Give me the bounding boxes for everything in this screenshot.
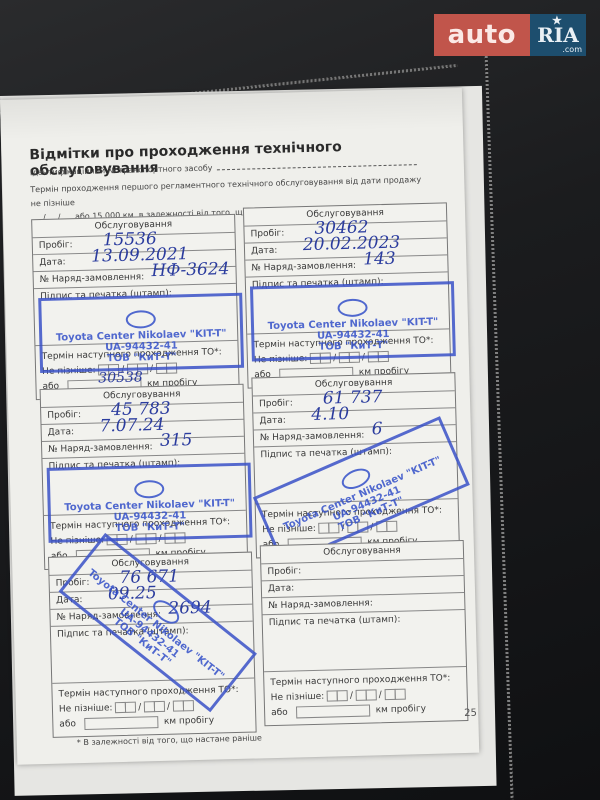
page-number: 25	[464, 708, 477, 719]
km-field	[296, 704, 370, 718]
order-label: № Наряд-замовлення:	[48, 442, 153, 455]
service-record-6: Обслуговування Пробіг: Дата: № Наряд-зам…	[260, 540, 469, 726]
order-label: № Наряд-замовлення:	[40, 272, 145, 285]
or-label: або	[59, 719, 76, 729]
handwritten-order: НФ-3624	[151, 259, 229, 281]
date-label: Дата:	[259, 416, 286, 427]
mileage-label: Пробіг:	[259, 398, 293, 409]
signature-label: Підпис та печатка (штамп):	[269, 615, 401, 628]
watermark-auto: auto	[434, 14, 530, 56]
watermark-ria: ★ RIA .com	[530, 14, 586, 56]
order-label: № Наряд-замовлення:	[268, 598, 373, 611]
signature-area	[263, 626, 466, 672]
km-label: км пробігу	[376, 704, 427, 715]
handwritten-next-km: 30538	[98, 369, 143, 386]
mileage-label: Пробіг:	[250, 229, 284, 240]
date-label: Дата:	[48, 427, 75, 438]
service-record-2: Обслуговування Пробіг: Дата: № Наряд-зам…	[243, 202, 452, 388]
mileage-label: Пробіг:	[47, 410, 81, 421]
next-service: Термін наступного проходження ТО*: Не пі…	[264, 667, 467, 725]
toyota-logo-icon	[126, 310, 156, 329]
service-book-page: Відмітки про проходження технічного обсл…	[0, 88, 479, 765]
mileage-label: Пробіг:	[39, 240, 73, 251]
or-label: або	[271, 708, 288, 718]
km-field	[84, 716, 158, 730]
service-record-3: Обслуговування Пробіг: Дата: № Наряд-зам…	[40, 384, 249, 570]
star-icon: ★	[552, 14, 562, 27]
handwritten-order: 143	[363, 249, 396, 270]
mileage-label: Пробіг:	[267, 566, 301, 577]
date-label: Дата:	[39, 257, 66, 268]
not-later-label: Не пізніше:	[59, 703, 113, 714]
service-record-4: Обслуговування Пробіг: Дата: № Наряд-зам…	[251, 372, 460, 558]
toyota-logo-icon	[337, 298, 367, 317]
order-label: № Наряд-замовлення:	[260, 431, 365, 444]
dealer-stamp: Toyota Center Nikolaev "KIT-T" UA-94432-…	[47, 463, 253, 543]
dealer-stamp: Toyota Center Nikolaev "KIT-T" UA-94432-…	[250, 281, 456, 361]
watermark-suffix: .com	[562, 45, 582, 54]
service-record-1: Обслуговування Пробіг: Дата: № Наряд-зам…	[31, 214, 240, 400]
date-label: Дата:	[251, 246, 278, 257]
km-label: км пробігу	[164, 716, 215, 727]
handwritten-order: 6	[371, 419, 382, 439]
date-label: Дата:	[268, 583, 295, 594]
handwritten-date: 7.07.24	[99, 415, 164, 437]
not-later-label: Не пізніше:	[271, 692, 325, 703]
order-label: № Наряд-замовлення:	[251, 261, 356, 274]
autoria-watermark: auto ★ RIA .com	[434, 14, 586, 56]
toyota-logo-icon	[134, 480, 164, 499]
handwritten-date: 4.10	[311, 404, 349, 425]
handwritten-order: 315	[160, 430, 193, 451]
service-record-5: Обслуговування Пробіг: Дата: № Наряд-зам…	[48, 552, 257, 738]
dealer-stamp: Toyota Center Nikolaev "KIT-T" UA-94432-…	[38, 293, 244, 373]
